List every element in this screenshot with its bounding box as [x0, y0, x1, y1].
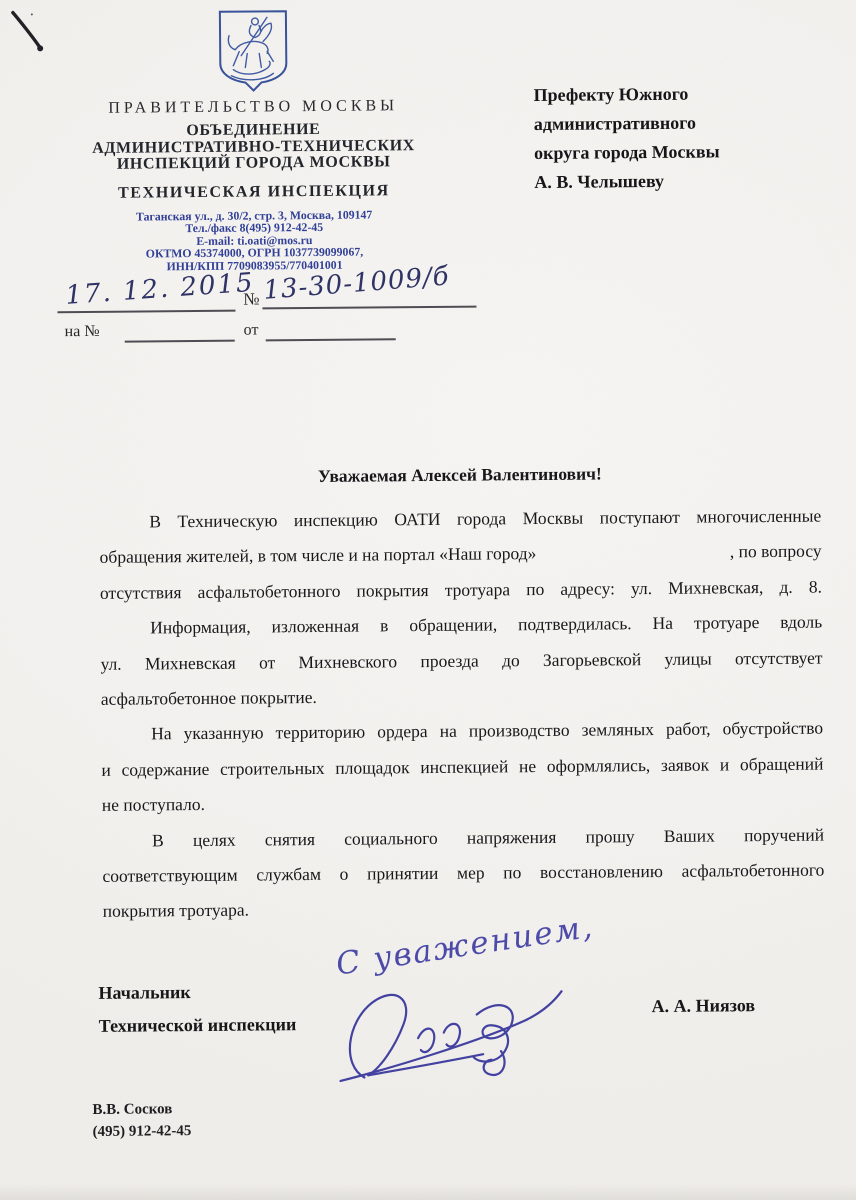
- body-line-left: обращения жителей, в том числе и на порт…: [99, 536, 536, 575]
- moscow-coat-of-arms-icon: [213, 7, 292, 94]
- signer-position: Начальник Технической инспекции: [98, 975, 296, 1043]
- paragraph-2: Информация, изложенная в обращении, подт…: [100, 605, 823, 718]
- body-line: В Техническую инспекцию ОАТИ города Моск…: [99, 499, 821, 541]
- body-line-right: , по вопросу: [730, 534, 822, 570]
- signature-stroke: [328, 964, 585, 1099]
- body-line: покрытия тротуара.: [103, 888, 825, 930]
- date-underline: [57, 310, 235, 314]
- number-label: №: [243, 289, 259, 309]
- body-line: Информация, изложенная в обращении, подт…: [100, 605, 822, 647]
- org-line: ИНСПЕКЦИЙ ГОРОДА МОСКВЫ: [21, 153, 486, 174]
- from-label: от: [244, 321, 259, 339]
- recipient-line: Префекту Южного: [533, 78, 833, 110]
- government-title: ПРАВИТЕЛЬСТВО МОСКВЫ: [21, 96, 486, 118]
- signer-position-line: Технической инспекции: [99, 1008, 297, 1043]
- paragraph-4: В целях снятия социального напряжения пр…: [102, 817, 825, 930]
- recipient-line: А. В. Челышеву: [534, 165, 834, 197]
- handwritten-date: 17. 12. 2015: [64, 268, 255, 311]
- salutation: Уважаемая Алексей Валентинович!: [99, 455, 821, 495]
- body-line: На указанную территорию ордера на произв…: [101, 711, 823, 753]
- paragraph-3: На указанную территорию ордера на произв…: [101, 711, 824, 824]
- division-name: ТЕХНИЧЕСКАЯ ИНСПЕКЦИЯ: [21, 181, 486, 203]
- reply-to-label: на №: [65, 323, 100, 341]
- executor-block: В.В. Сосков (495) 912-42-45: [92, 1098, 191, 1143]
- reply-number-underline: [125, 340, 235, 342]
- executor-phone: (495) 912-42-45: [93, 1120, 192, 1143]
- letterhead: ПРАВИТЕЛЬСТВО МОСКВЫ ОБЪЕДИНЕНИЕ АДМИНИС…: [20, 5, 487, 274]
- reply-date-underline: [266, 338, 396, 341]
- letter-body: Уважаемая Алексей Валентинович! В Технич…: [99, 455, 825, 930]
- recipient-block: Префекту Южного административного округа…: [533, 78, 834, 197]
- organization-name: ОБЪЕДИНЕНИЕ АДМИНИСТРАТИВНО-ТЕХНИЧЕСКИХ …: [21, 120, 486, 174]
- recipient-line: административного: [534, 107, 834, 139]
- scanned-letter-page: ПРАВИТЕЛЬСТВО МОСКВЫ ОБЪЕДИНЕНИЕ АДМИНИС…: [0, 0, 856, 1200]
- scan-tilt-wrapper: ПРАВИТЕЛЬСТВО МОСКВЫ ОБЪЕДИНЕНИЕ АДМИНИС…: [0, 0, 856, 1200]
- paragraph-1: В Техническую инспекцию ОАТИ города Моск…: [99, 499, 822, 612]
- reference-block: 17. 12. 2015 № 13-30-1009/б на № от: [57, 273, 498, 357]
- signer-position-line: Начальник: [98, 975, 296, 1010]
- executor-name: В.В. Сосков: [92, 1098, 191, 1121]
- recipient-line: округа города Москвы: [534, 136, 834, 168]
- body-line: и содержание строительных площадок инспе…: [101, 746, 823, 788]
- number-underline: [262, 306, 476, 310]
- body-line: соответствующим службам о принятии мер п…: [102, 853, 824, 895]
- body-line: ул. Михневская от Михневского проезда до…: [100, 640, 822, 682]
- signer-name: А. А. Ниязов: [651, 995, 755, 1017]
